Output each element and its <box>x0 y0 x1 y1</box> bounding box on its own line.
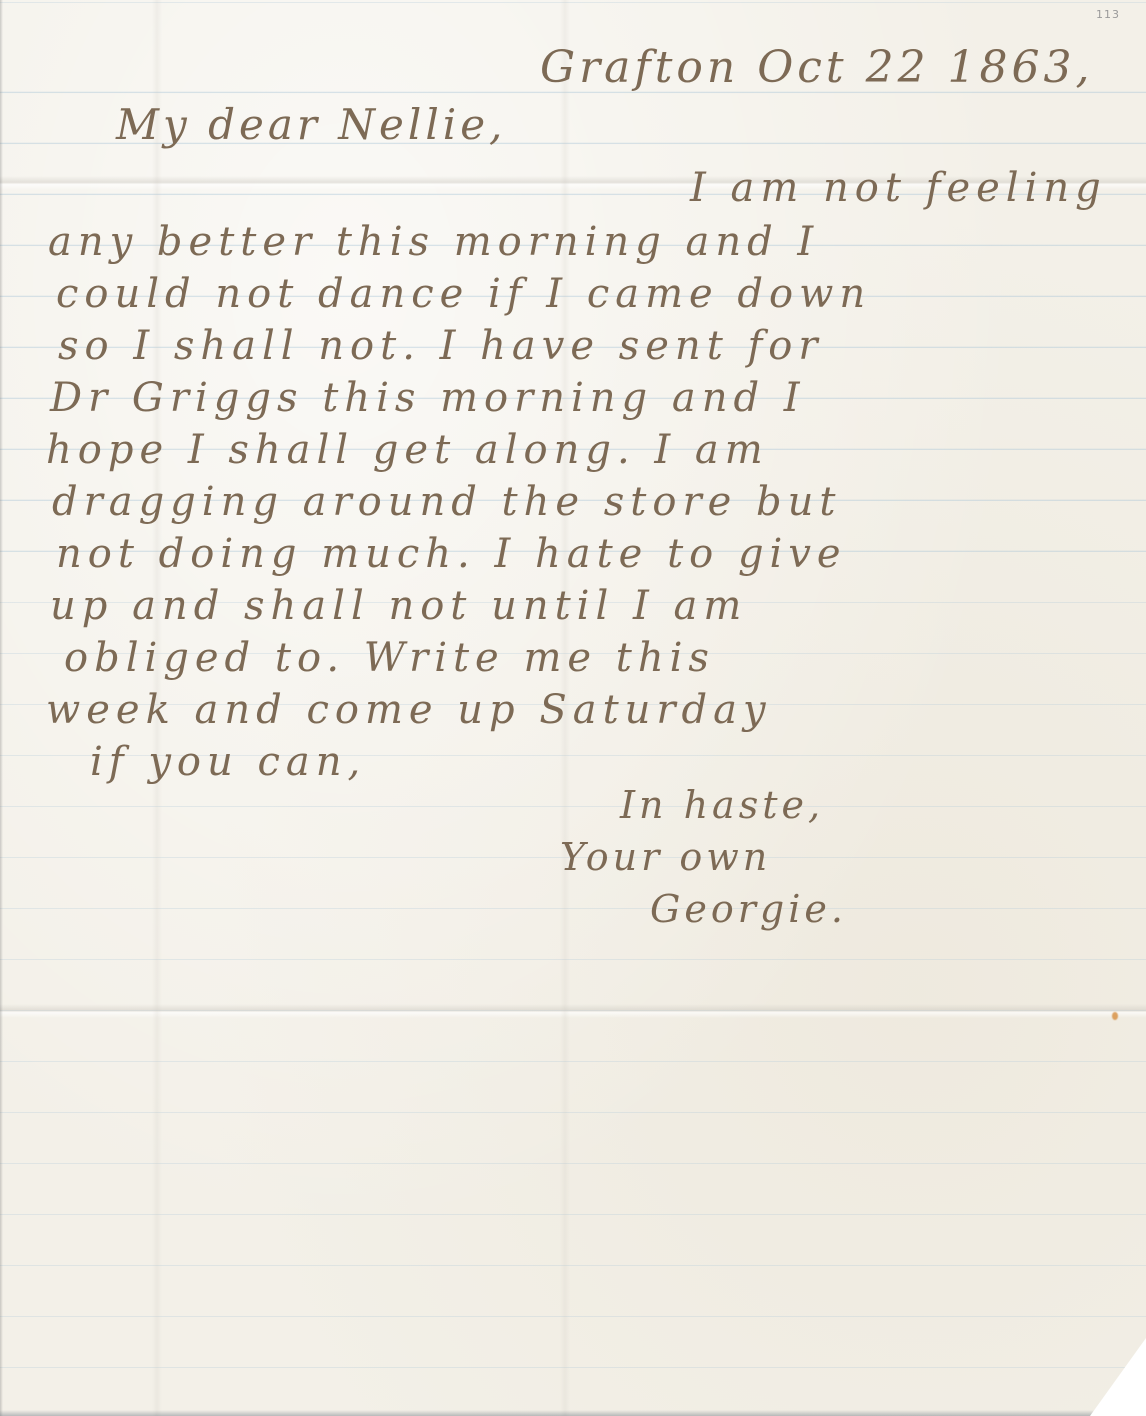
salutation: My dear Nellie, <box>116 104 506 146</box>
closing-your-own: Your own <box>560 838 771 876</box>
stain-spot <box>1112 1012 1118 1020</box>
paper-edge-bottom <box>0 1410 1100 1416</box>
body-line: if you can, <box>90 742 366 782</box>
letter-page: 113 Grafton Oct 22 1863, My dear Nellie,… <box>0 0 1146 1416</box>
body-line: I am not feeling <box>690 168 1107 208</box>
closing-in-haste: In haste, <box>620 786 824 824</box>
page-number: 113 <box>1096 8 1120 21</box>
body-line: so I shall not. I have sent for <box>58 326 824 366</box>
body-line: dragging around the store but <box>52 482 841 522</box>
body-line: hope I shall get along. I am <box>46 430 769 470</box>
body-line: not doing much. I hate to give <box>56 534 847 574</box>
body-line: Dr Griggs this morning and I <box>50 378 806 418</box>
body-line: week and come up Saturday <box>46 690 772 730</box>
signature: Georgie. <box>650 890 847 928</box>
paper-edge-left <box>0 0 3 1416</box>
body-line: could not dance if I came down <box>56 274 871 314</box>
body-line: any better this morning and I <box>48 222 819 262</box>
dateline: Grafton Oct 22 1863, <box>540 46 1094 90</box>
body-line: obliged to. Write me this <box>64 638 715 678</box>
body-line: up and shall not until I am <box>50 586 747 626</box>
fold-crease-lower <box>0 1004 1146 1018</box>
